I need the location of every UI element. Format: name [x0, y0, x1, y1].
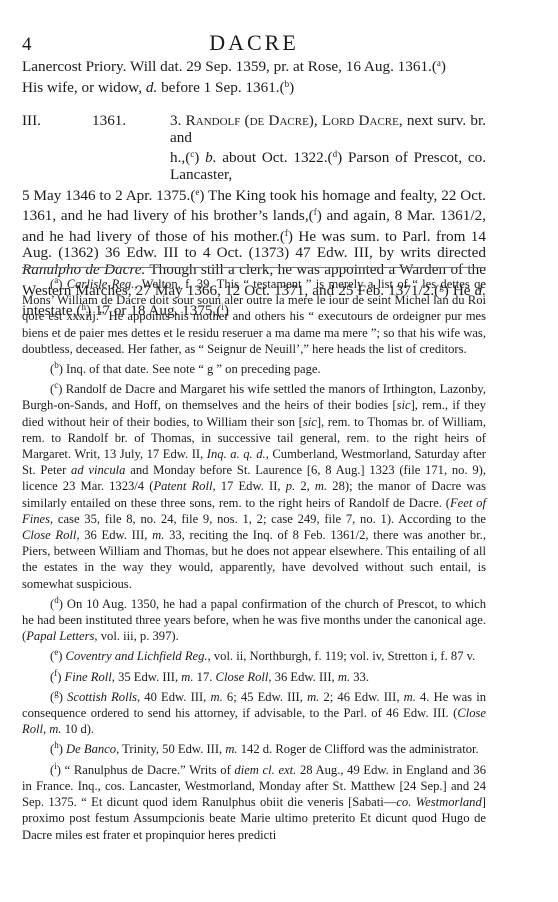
footnote-ref: f — [314, 207, 317, 217]
footnote-italic: m. — [307, 690, 319, 704]
footnote-italic: Carlisle Reg. — [67, 277, 135, 291]
footnote-italic: m. — [338, 670, 350, 684]
entry-label: III. — [22, 113, 92, 146]
footnote-ref: d — [333, 149, 338, 159]
running-title: DACRE — [22, 30, 486, 56]
footnote-i: (i) “ Ranulphus de Dacre.” Writs of diem… — [22, 758, 486, 843]
footnote-italic: Close Roll — [216, 670, 269, 684]
intro-text: His wife, or widow, — [22, 79, 146, 96]
footnote-italic: ad vincula — [71, 463, 125, 477]
footnote-text: 2, — [295, 479, 315, 493]
intro-paragraph: Lanercost Priory. Will dat. 29 Sep. 1359… — [22, 55, 486, 96]
footnote-italic: m. — [404, 690, 416, 704]
footnote-text: 142 d. Roger de Clifford was the adminis… — [238, 742, 479, 756]
footnote-d: (d) On 10 Aug. 1350, he had a papal conf… — [22, 592, 486, 645]
footnote-text: 6; 45 Edw. III, — [223, 690, 307, 704]
entry-title: 3. Randolf (de Dacre), Lord Dacre, next … — [170, 113, 486, 146]
footnote-text: , 40 Edw. III, — [137, 690, 211, 704]
footnote-mark: (e) — [50, 649, 66, 663]
footnote-italic: Papal Letters — [26, 629, 94, 643]
page-header: 4 DACRE — [22, 30, 486, 56]
intro-text: before 1 Sep. 1361. — [157, 79, 279, 96]
entry-text: h., — [170, 149, 185, 166]
footnote-text: , case 35, file 8, no. 24, file 9, nos. … — [50, 512, 486, 526]
footnote-ref: a — [437, 58, 441, 68]
footnote-ref: c — [190, 149, 194, 159]
footnote-italic: m. — [211, 690, 223, 704]
entry-heading: III. 1361. 3. Randolf (de Dacre), Lord D… — [22, 113, 486, 146]
footnotes: (a) Carlisle Reg., Welton, f. 39. This “… — [22, 272, 486, 843]
footnote-text: , 17 Edw. II, — [212, 479, 285, 493]
footnote-italic: sic — [303, 415, 317, 429]
footnote-a: (a) Carlisle Reg., Welton, f. 39. This “… — [22, 272, 486, 357]
footnote-mark: (g) — [50, 690, 67, 704]
footnote-italic: m. — [181, 670, 193, 684]
intro-italic: d. — [146, 79, 157, 96]
footnote-italic: m. — [49, 722, 61, 736]
footnote-italic: p. — [286, 479, 295, 493]
footnote-italic: Coventry and Lichfield Reg. — [66, 649, 208, 663]
footnote-mark: (a) — [50, 277, 67, 291]
footnote-text: , vol. ii, Northburgh, f. 119; vol. iv, … — [208, 649, 476, 663]
entry-text: about Oct. 1322. — [217, 149, 328, 166]
footnote-mark: (b) — [50, 362, 66, 376]
footnote-italic: De Banco — [66, 742, 116, 756]
footnote-text: , 35 Edw. III, — [112, 670, 181, 684]
footnote-italic: Patent Roll — [153, 479, 212, 493]
footnote-italic: co. Westmorland — [396, 795, 481, 809]
footnote-ref: b — [285, 79, 290, 89]
entry-indented-line: h.,(c) b. about Oct. 1322.(d) Parson of … — [22, 146, 486, 183]
entry-name: Randolf (de Dacre), Lord Dacre, — [186, 112, 403, 129]
footnote-c: (c) Randolf de Dacre and Margaret his wi… — [22, 377, 486, 592]
footnote-f: (f) Fine Roll, 35 Edw. III, m. 17. Close… — [22, 665, 486, 685]
entry-number: 3. — [170, 112, 181, 129]
footnote-text: , vol. iii, p. 397). — [94, 629, 178, 643]
footnote-text: , Trinity, 50 Edw. III, — [116, 742, 225, 756]
footnote-text: 2; 46 Edw. III, — [319, 690, 403, 704]
footnote-text: , 36 Edw. III, — [268, 670, 337, 684]
footnote-mark: (i) — [50, 763, 65, 777]
footnote-italic: diem cl. ext. — [234, 763, 296, 777]
footnote-text: 10 d). — [62, 722, 95, 736]
footnote-text: , 36 Edw. III, — [76, 528, 152, 542]
footnote-text: “ Ranulphus de Dacre.” Writs of — [65, 763, 235, 777]
footnote-g: (g) Scottish Rolls, 40 Edw. III, m. 6; 4… — [22, 685, 486, 738]
footnote-mark: (h) — [50, 742, 66, 756]
footnote-text: Inq. of that date. See note “ g ” on pre… — [66, 362, 321, 376]
footnote-text: 17. — [194, 670, 216, 684]
footnote-ref: e — [195, 187, 199, 197]
footnote-divider — [22, 267, 486, 268]
footnote-italic: Fine Roll — [65, 670, 112, 684]
intro-line: Lanercost Priory. Will dat. 29 Sep. 1359… — [22, 58, 432, 75]
footnote-mark: (c) — [50, 382, 66, 396]
footnote-ref: f — [285, 228, 288, 238]
footnote-italic: m. — [225, 742, 237, 756]
footnote-b: (b) Inq. of that date. See note “ g ” on… — [22, 357, 486, 377]
entry-italic: b. — [205, 149, 216, 166]
footnote-italic: m. — [152, 528, 164, 542]
footnote-h: (h) De Banco, Trinity, 50 Edw. III, m. 1… — [22, 737, 486, 757]
footnote-italic: sic — [397, 398, 411, 412]
footnote-text: 33. — [350, 670, 369, 684]
footnote-mark: (d) — [50, 597, 67, 611]
footnote-mark: (f) — [50, 670, 65, 684]
entry-text: 5 May 1346 to 2 Apr. 1375. — [22, 187, 190, 204]
footnote-italic: Close Roll — [22, 528, 76, 542]
footnote-italic: Inq. a. q. d. — [207, 447, 266, 461]
entry-year: 1361. — [92, 113, 170, 146]
footnote-italic: m. — [315, 479, 327, 493]
footnote-italic: Scottish Rolls — [67, 690, 137, 704]
footnote-e: (e) Coventry and Lichfield Reg., vol. ii… — [22, 644, 486, 664]
